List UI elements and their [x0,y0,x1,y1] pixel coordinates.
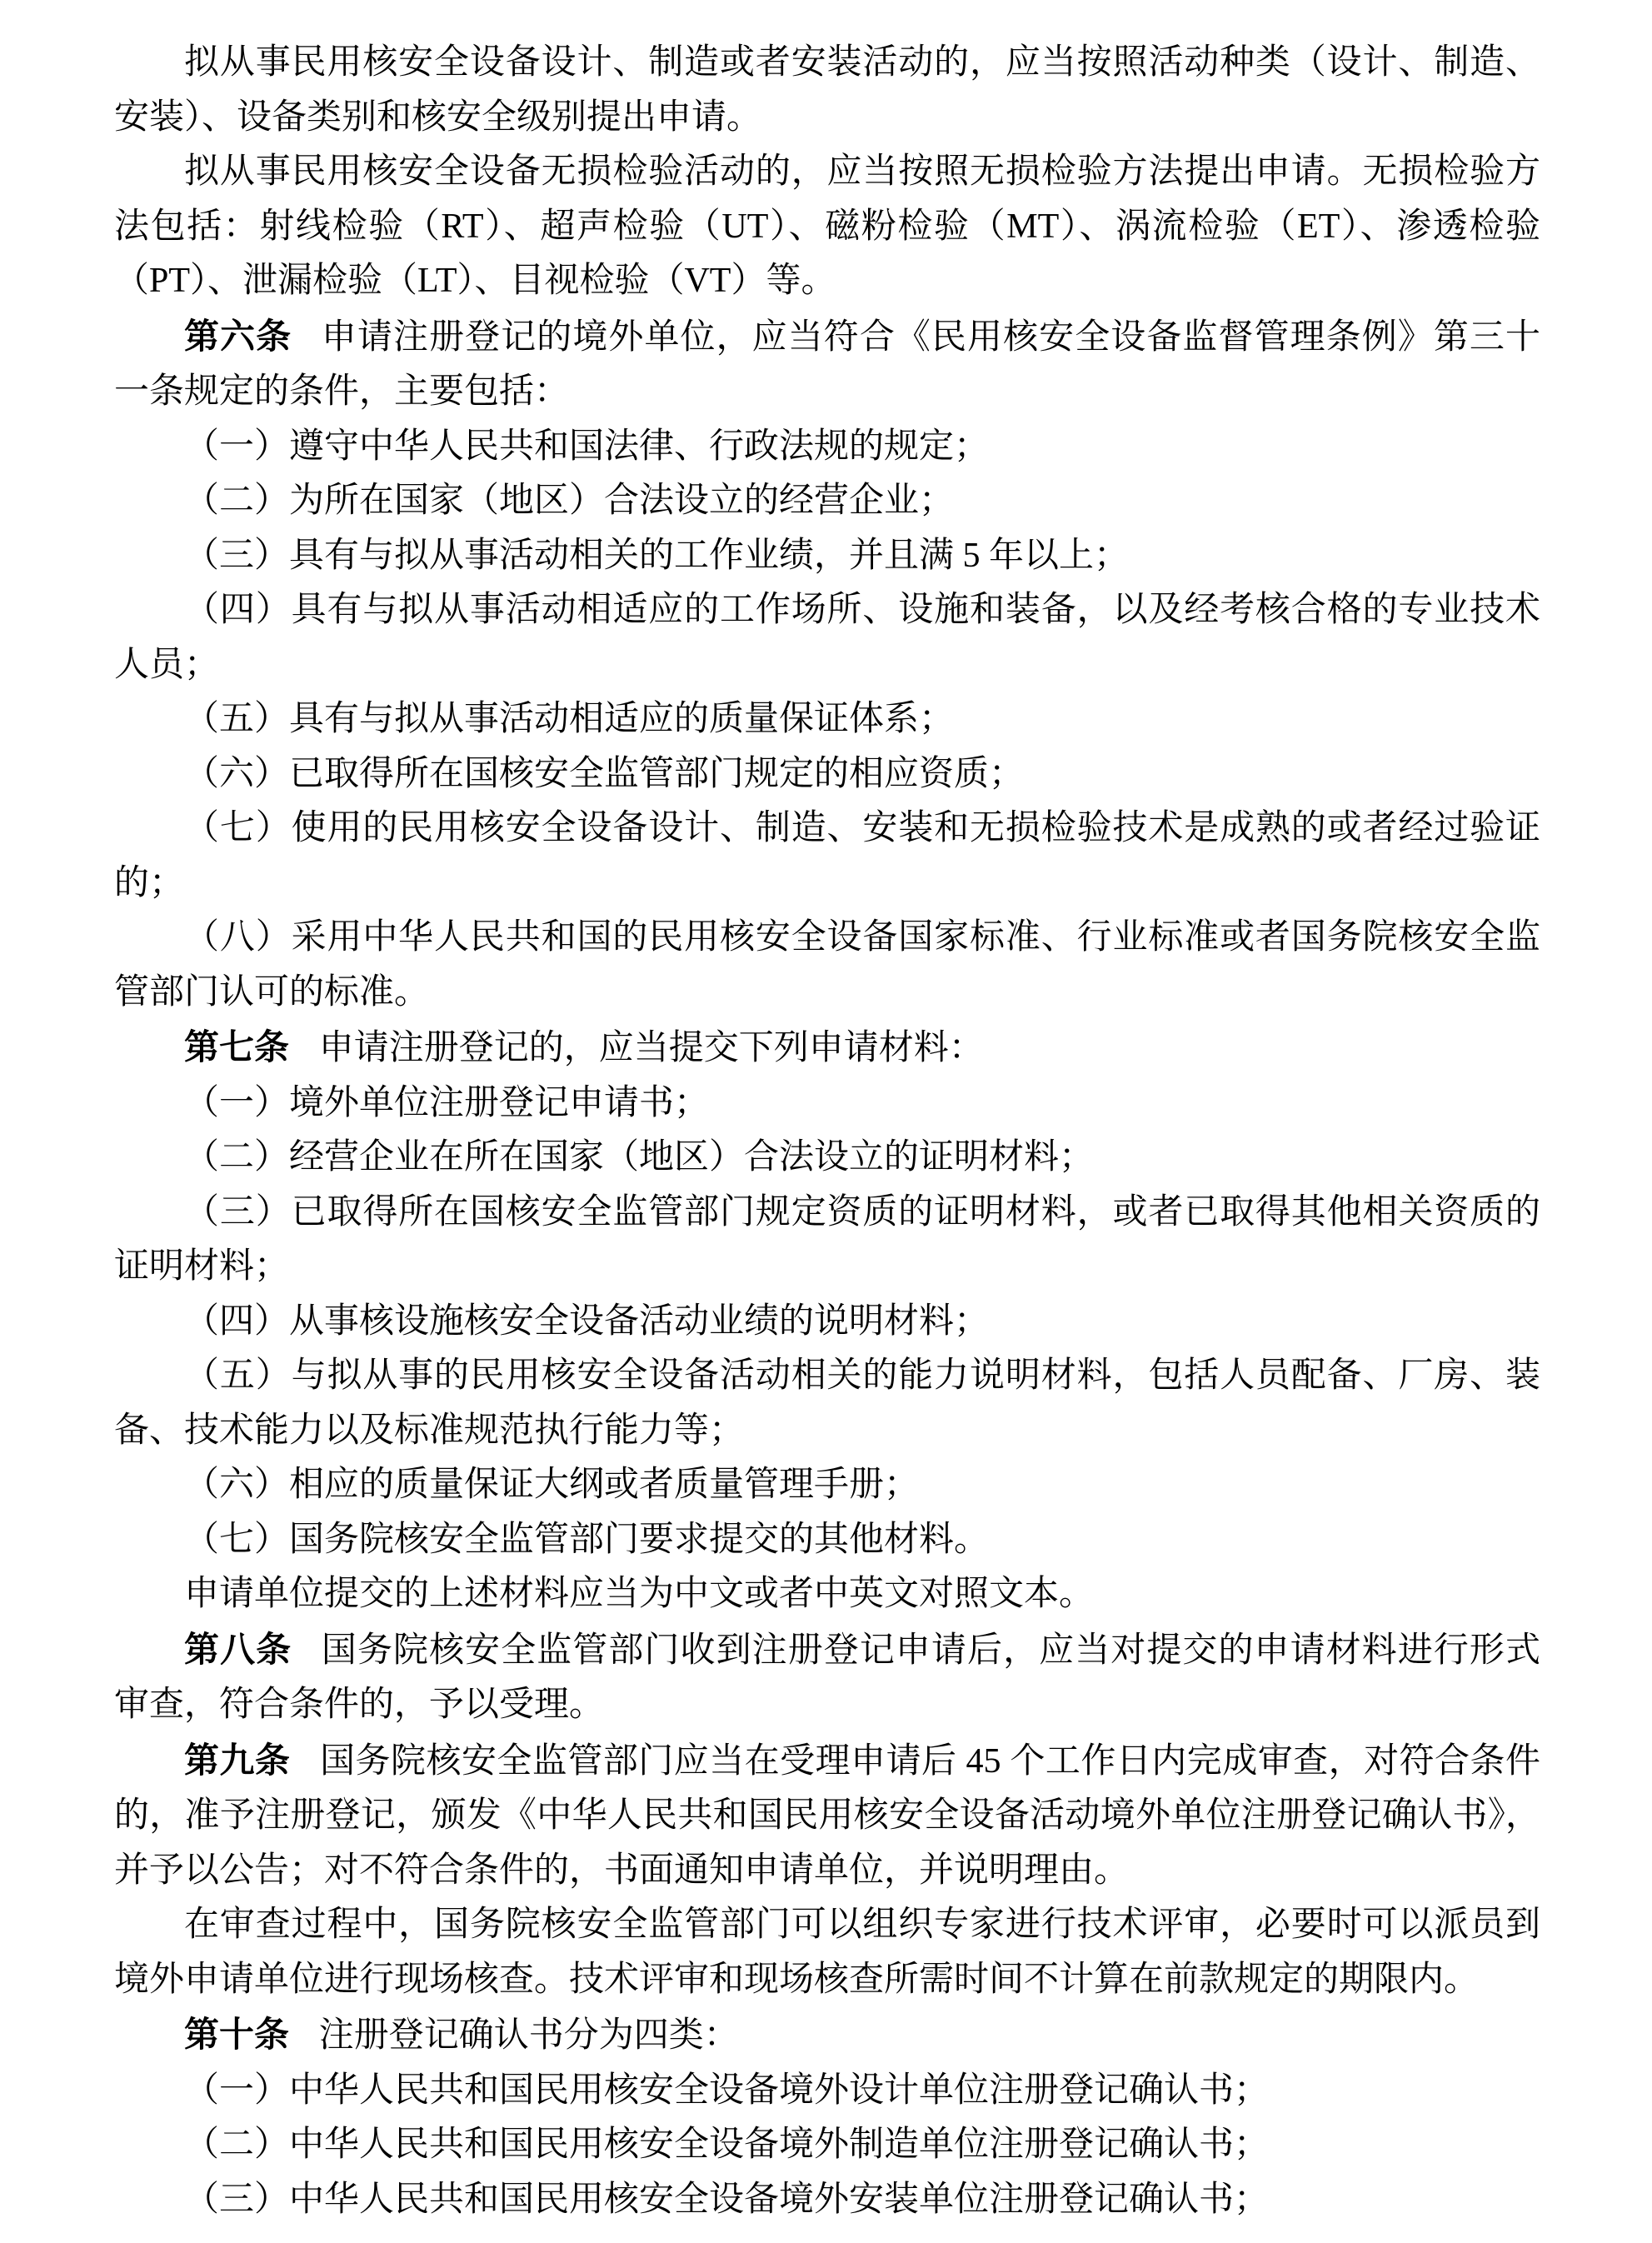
paragraph-text: （四）从事核设施核安全设备活动业绩的说明材料； [184,1302,989,1341]
paragraph-text: （八）采用中华人民共和国的民用核安全设备国家标准、行业标准或者国务院核安全监管部… [114,918,1540,1012]
article-number-label: 第八条 [184,1630,292,1669]
paragraph-text: （七）国务院核安全监管部门要求提交的其他材料。 [184,1521,989,1559]
paragraph-text: 注册登记确认书分为四类： [319,2016,739,2055]
body-paragraph: （三）具有与拟从事活动相关的工作业绩，并且满 5 年以上； [114,529,1540,584]
paragraph-text: 国务院核安全监管部门应当在受理申请后 45 个工作日内完成审查，对符合条件的，准… [114,1742,1540,1890]
paragraph-text: 申请单位提交的上述材料应当为中文或者中英文对照文本。 [184,1575,1094,1613]
body-paragraph: （八）采用中华人民共和国的民用核安全设备国家标准、行业标准或者国务院核安全监管部… [114,911,1540,1020]
body-paragraph: （七）国务院核安全监管部门要求提交的其他材料。 [114,1513,1540,1568]
body-paragraph: （二）经营企业在所在国家（地区）合法设立的证明材料； [114,1131,1540,1186]
paragraph-text: （三）具有与拟从事活动相关的工作业绩，并且满 5 年以上； [184,537,1129,575]
body-paragraph: 拟从事民用核安全设备无损检验活动的，应当按照无损检验方法提出申请。无损检验方法包… [114,145,1540,309]
body-paragraph: （二）为所在国家（地区）合法设立的经营企业； [114,474,1540,529]
paragraph-text: （六）已取得所在国核安全监管部门规定的相应资质； [184,755,1024,793]
paragraph-text: （七）使用的民用核安全设备设计、制造、安装和无损检验技术是成熟的或者经过验证的； [114,809,1540,902]
paragraph-text: 拟从事民用核安全设备设计、制造或者安装活动的，应当按照活动种类（设计、制造、安装… [114,43,1540,137]
body-paragraph: （六）已取得所在国核安全监管部门规定的相应资质； [114,747,1540,802]
paragraph-text: （二）为所在国家（地区）合法设立的经营企业； [184,482,954,520]
paragraph-text: 申请注册登记的境外单位，应当符合《民用核安全设备监督管理条例》第三十一条规定的条… [114,318,1540,412]
regulation-text-body: 拟从事民用核安全设备设计、制造或者安装活动的，应当按照活动种类（设计、制造、安装… [114,36,1540,2227]
paragraph-text: （三）中华人民共和国民用核安全设备境外安装单位注册登记确认书； [184,2181,1269,2219]
body-paragraph: （五）具有与拟从事活动相适应的质量保证体系； [114,692,1540,747]
article-paragraph: 第十条注册登记确认书分为四类： [114,2007,1540,2064]
body-paragraph: （七）使用的民用核安全设备设计、制造、安装和无损检验技术是成熟的或者经过验证的； [114,802,1540,911]
document-page: 拟从事民用核安全设备设计、制造或者安装活动的，应当按照活动种类（设计、制造、安装… [0,0,1652,2243]
paragraph-text: （五）与拟从事的民用核安全设备活动相关的能力说明材料，包括人员配备、厂房、装备、… [114,1356,1540,1450]
paragraph-text: （四）具有与拟从事活动相适应的工作场所、设施和装备，以及经考核合格的专业技术人员… [114,591,1540,684]
paragraph-text: 申请注册登记的，应当提交下列申请材料： [319,1029,984,1067]
body-paragraph: （六）相应的质量保证大纲或者质量管理手册； [114,1458,1540,1513]
body-paragraph: （一）遵守中华人民共和国法律、行政法规的规定； [114,420,1540,475]
paragraph-text: 在审查过程中，国务院核安全监管部门可以组织专家进行技术评审，必要时可以派员到境外… [114,1906,1540,1999]
body-paragraph: （五）与拟从事的民用核安全设备活动相关的能力说明材料，包括人员配备、厂房、装备、… [114,1349,1540,1458]
paragraph-text: （二）经营企业在所在国家（地区）合法设立的证明材料； [184,1138,1094,1176]
article-paragraph: 第八条国务院核安全监管部门收到注册登记申请后，应当对提交的申请材料进行形式审查，… [114,1622,1540,1733]
body-paragraph: （二）中华人民共和国民用核安全设备境外制造单位注册登记确认书； [114,2118,1540,2173]
body-paragraph: （四）具有与拟从事活动相适应的工作场所、设施和装备，以及经考核合格的专业技术人员… [114,583,1540,692]
body-paragraph: （三）中华人民共和国民用核安全设备境外安装单位注册登记确认书； [114,2173,1540,2228]
body-paragraph: （一）中华人民共和国民用核安全设备境外设计单位注册登记确认书； [114,2064,1540,2119]
paragraph-text: 拟从事民用核安全设备无损检验活动的，应当按照无损检验方法提出申请。无损检验方法包… [114,152,1540,300]
article-number-label: 第六条 [184,317,292,356]
paragraph-text: 国务院核安全监管部门收到注册登记申请后，应当对提交的申请材料进行形式审查，符合条… [114,1631,1540,1725]
body-paragraph: （一）境外单位注册登记申请书； [114,1077,1540,1131]
paragraph-text: （三）已取得所在国核安全监管部门规定资质的证明材料，或者已取得其他相关资质的证明… [114,1193,1540,1286]
article-paragraph: 第六条申请注册登记的境外单位，应当符合《民用核安全设备监督管理条例》第三十一条规… [114,309,1540,420]
body-paragraph: 拟从事民用核安全设备设计、制造或者安装活动的，应当按照活动种类（设计、制造、安装… [114,36,1540,145]
body-paragraph: （三）已取得所在国核安全监管部门规定资质的证明材料，或者已取得其他相关资质的证明… [114,1186,1540,1295]
body-paragraph: 在审查过程中，国务院核安全监管部门可以组织专家进行技术评审，必要时可以派员到境外… [114,1898,1540,2007]
paragraph-text: （一）中华人民共和国民用核安全设备境外设计单位注册登记确认书； [184,2071,1269,2110]
article-paragraph: 第九条国务院核安全监管部门应当在受理申请后 45 个工作日内完成审查，对符合条件… [114,1733,1540,1899]
body-paragraph: （四）从事核设施核安全设备活动业绩的说明材料； [114,1295,1540,1350]
paragraph-text: （一）境外单位注册登记申请书； [184,1084,709,1122]
paragraph-text: （五）具有与拟从事活动相适应的质量保证体系； [184,700,954,738]
article-paragraph: 第七条申请注册登记的，应当提交下列申请材料： [114,1020,1540,1077]
article-number-label: 第七条 [184,1027,289,1067]
paragraph-text: （二）中华人民共和国民用核安全设备境外制造单位注册登记确认书； [184,2126,1269,2164]
paragraph-text: （六）相应的质量保证大纲或者质量管理手册； [184,1466,919,1504]
paragraph-text: （一）遵守中华人民共和国法律、行政法规的规定； [184,427,989,466]
article-number-label: 第九条 [184,1741,290,1780]
body-paragraph: 申请单位提交的上述材料应当为中文或者中英文对照文本。 [114,1567,1540,1622]
article-number-label: 第十条 [184,2015,289,2054]
